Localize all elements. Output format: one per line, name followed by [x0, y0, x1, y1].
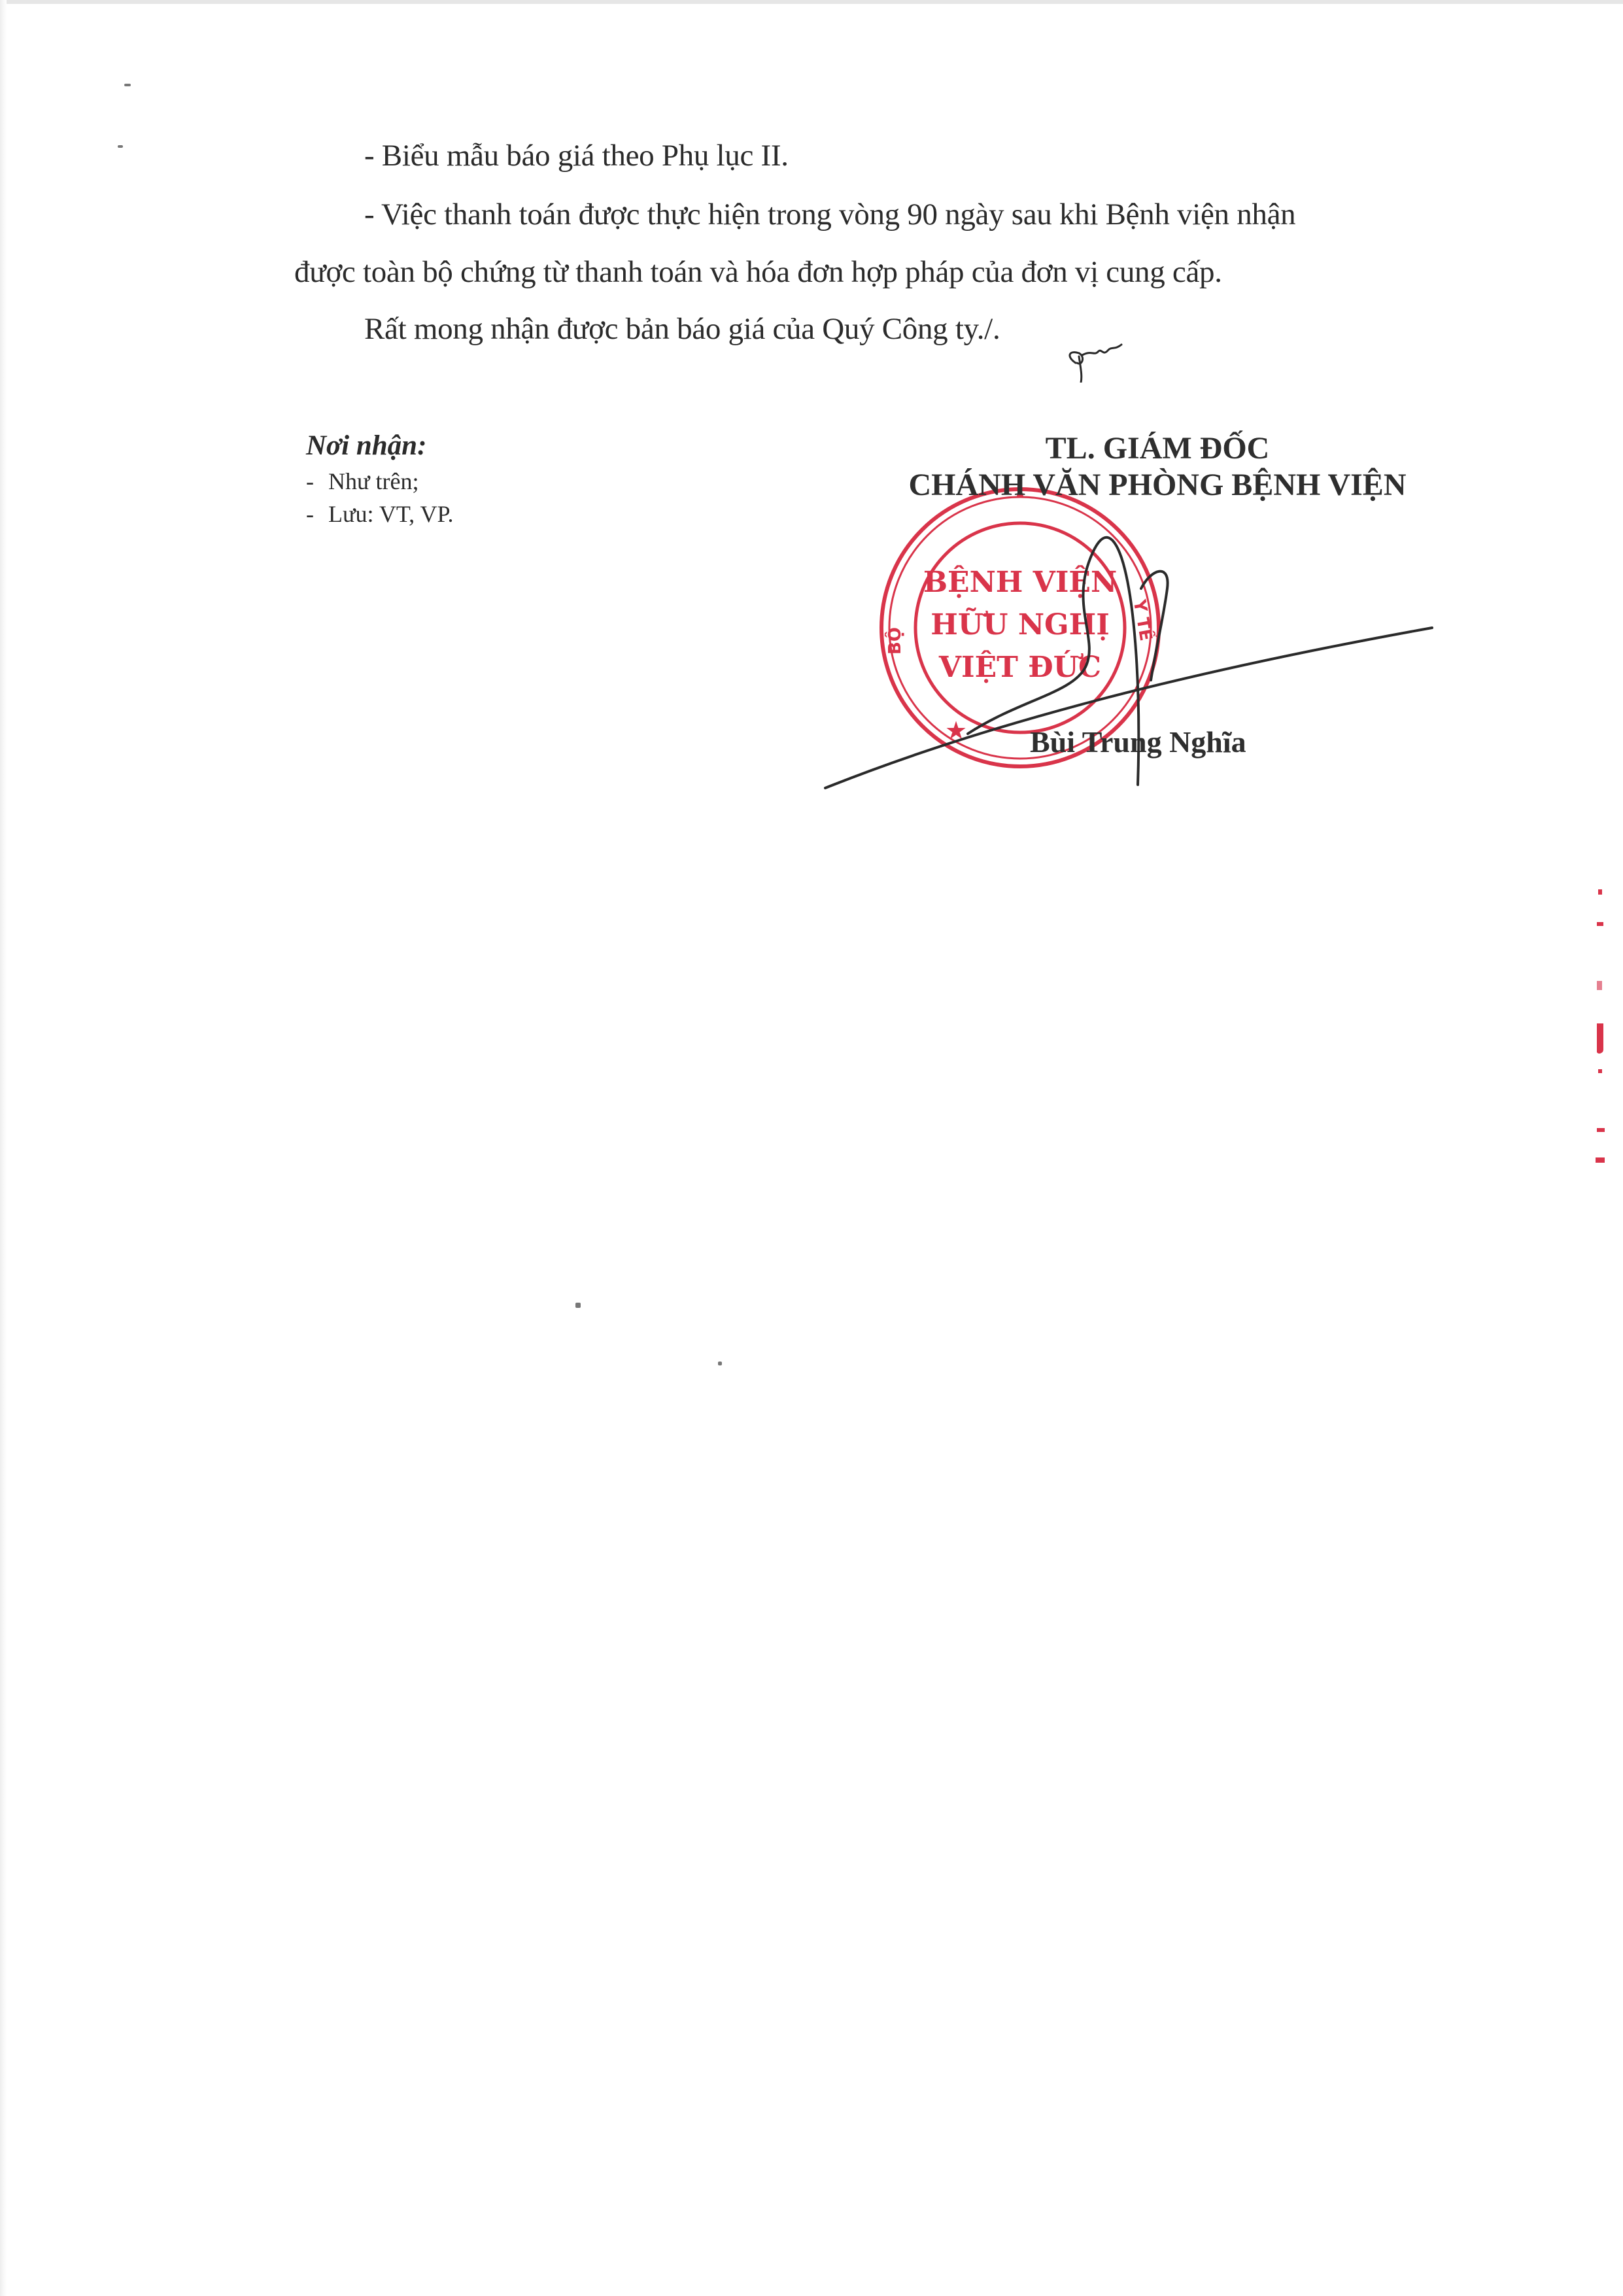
svg-text:Y TẾ: Y TẾ: [1129, 597, 1159, 643]
body-paragraph-4: Rất mong nhận được bản báo giá của Quý C…: [364, 314, 1000, 345]
signature-title-line-2: CHÁNH VĂN PHÒNG BỆNH VIỆN: [889, 470, 1426, 501]
signature-title-line-1: TL. GIÁM ĐỐC: [889, 433, 1426, 464]
svg-text:BỆNH VIỆN: BỆNH VIỆN: [923, 564, 1117, 599]
body-paragraph-1: - Biểu mẫu báo giá theo Phụ lục II.: [364, 141, 789, 171]
initial-signature-icon: [1063, 330, 1128, 383]
svg-text:BỘ: BỘ: [884, 627, 905, 655]
list-dash: -: [306, 465, 328, 498]
recipient-item: -Lưu: VT, VP.: [306, 498, 454, 530]
scan-speck: [124, 84, 131, 86]
page-seal-fragment-icon: [1589, 876, 1615, 1177]
body-paragraph-3: được toàn bộ chứng từ thanh toán và hóa …: [294, 257, 1222, 288]
recipients-block: Nơi nhận: -Như trên; -Lưu: VT, VP.: [306, 432, 454, 530]
scan-left-edge: [0, 0, 7, 2296]
scan-top-edge: [0, 0, 1623, 4]
signer-name: Bùi Trung Nghĩa: [1030, 725, 1246, 759]
scan-speck: [718, 1362, 722, 1365]
svg-text:HỮU NGHỊ: HỮU NGHỊ: [931, 607, 1110, 642]
svg-text:★: ★: [945, 716, 967, 745]
recipient-item: -Như trên;: [306, 465, 454, 498]
svg-text:VIỆT ĐỨC: VIỆT ĐỨC: [938, 649, 1101, 684]
list-dash: -: [306, 498, 328, 530]
recipients-title: Nơi nhận:: [306, 432, 454, 460]
scan-speck: [575, 1303, 581, 1308]
scan-speck: [118, 145, 123, 148]
body-paragraph-2: - Việc thanh toán được thực hiện trong v…: [364, 199, 1295, 230]
